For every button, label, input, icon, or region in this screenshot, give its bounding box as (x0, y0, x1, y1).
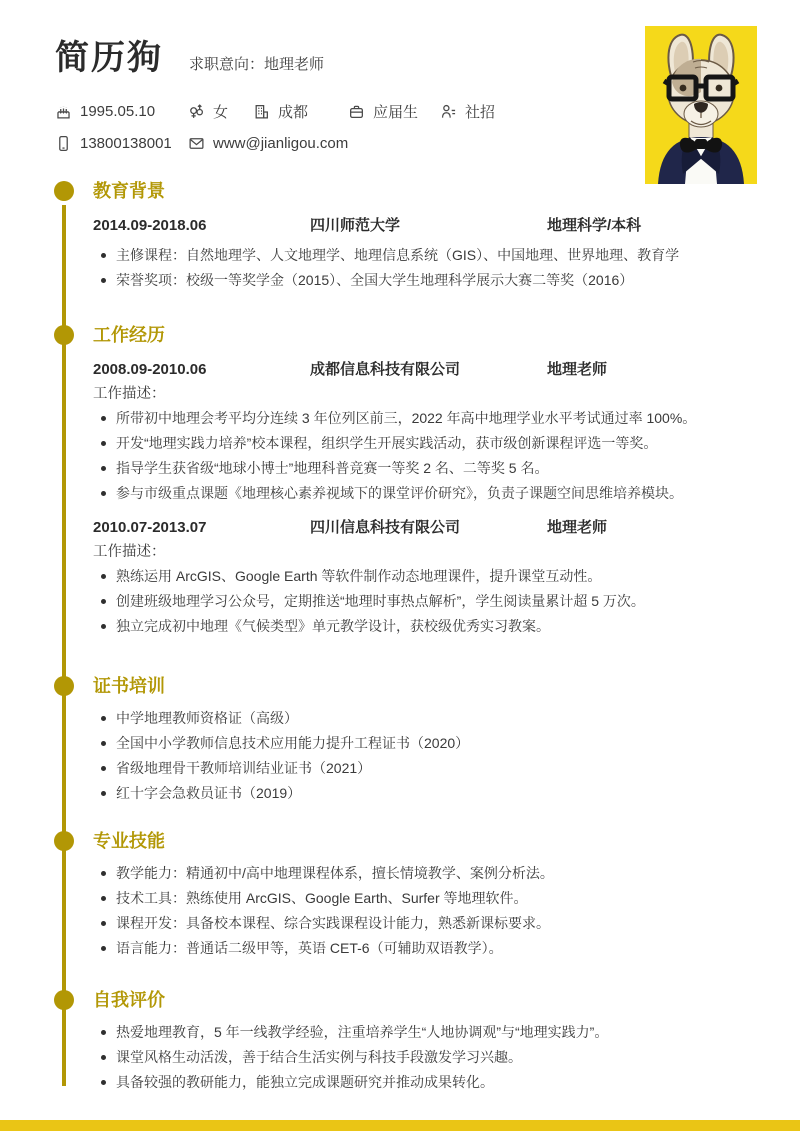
work-entry-2: 2010.07-2013.07 四川信息科技有限公司 地理老师 工作描述： 熟练… (93, 517, 755, 639)
bullet-dot (101, 416, 106, 421)
bullet-text: 技术工具：熟练使用 ArcGIS、Google Earth、Surfer 等地理… (116, 886, 528, 911)
bullet-dot (101, 1030, 106, 1035)
recruit-type-item: 社招 (440, 101, 495, 122)
bullet-dot (101, 896, 106, 901)
work-entry-1: 2008.09-2010.06 成都信息科技有限公司 地理老师 工作描述： 所带… (93, 359, 755, 506)
resume-page: 简历狗 求职意向：地理老师 1995.05.10 (0, 0, 800, 1131)
timeline-dot (54, 831, 74, 851)
list-item: 教学能力：精通初中/高中地理课程体系，擅长情境教学、案例分析法。 (93, 861, 755, 886)
bullet-text: 创建班级地理学习公众号，定期推送“地理时事热点解析”，学生阅读量累计超 5 万次… (116, 589, 645, 614)
work-entry-header: 2010.07-2013.07 四川信息科技有限公司 地理老师 (93, 517, 755, 539)
bullet-dot (101, 624, 106, 629)
bullet-text: 主修课程：自然地理学、人文地理学、地理信息系统（GIS）、中国地理、世界地理、教… (116, 243, 679, 268)
education-entry-header: 2014.09-2018.06 四川师范大学 地理科学/本科 (93, 215, 755, 237)
bullet-dot (101, 1080, 106, 1085)
list-item: 红十字会急救员证书（2019） (93, 781, 755, 806)
section-self-evaluation: 自我评价 热爱地理教育，5 年一线教学经验，注重培养学生“人地协调观”与“地理实… (0, 989, 800, 1095)
gender-value: 女 (213, 101, 228, 122)
bullet-text: 热爱地理教育，5 年一线教学经验，注重培养学生“人地协调观”与“地理实践力”。 (116, 1020, 608, 1045)
gender-item: 女 (188, 101, 253, 122)
bullet-dot (101, 921, 106, 926)
self-eval-bullets: 热爱地理教育，5 年一线教学经验，注重培养学生“人地协调观”与“地理实践力”。 … (93, 1020, 755, 1095)
bullet-dot (101, 599, 106, 604)
bottom-accent-bar (0, 1120, 800, 1131)
bullet-dot (101, 871, 106, 876)
bullet-text: 语言能力：普通话二级甲等，英语 CET-6（可辅助双语教学）。 (116, 936, 503, 961)
bullet-dot (101, 946, 106, 951)
section-certificates: 证书培训 中学地理教师资格证（高级） 全国中小学教师信息技术应用能力提升工程证书… (0, 675, 800, 806)
bullet-text: 参与市级重点课题《地理核心素养视域下的课堂评价研究》，负责子课题空间思维培养模块… (116, 481, 683, 506)
list-item: 课堂风格生动活泼，善于结合生活实例与科技手段激发学习兴趣。 (93, 1045, 755, 1070)
bullet-text: 具备较强的教研能力，能独立完成课题研究并推动成果转化。 (116, 1070, 494, 1095)
bullet-text: 课堂风格生动活泼，善于结合生活实例与科技手段激发学习兴趣。 (116, 1045, 522, 1070)
bullet-dot (101, 716, 106, 721)
person-icon (440, 103, 457, 120)
bullet-text: 教学能力：精通初中/高中地理课程体系，擅长情境教学、案例分析法。 (116, 861, 554, 886)
section-work: 工作经历 2008.09-2010.06 成都信息科技有限公司 地理老师 工作描… (0, 324, 800, 639)
job-intention: 求职意向：地理老师 (189, 53, 324, 74)
bullet-text: 全国中小学教师信息技术应用能力提升工程证书（2020） (116, 731, 469, 756)
building-icon (253, 103, 270, 120)
bullet-dot (101, 766, 106, 771)
timeline-dot (54, 325, 74, 345)
bullet-text: 开发“地理实践力培养”校本课程，组织学生开展实践活动，获市级创新课程评选一等奖。 (116, 431, 657, 456)
bullet-dot (101, 791, 106, 796)
section-title: 专业技能 (93, 830, 755, 852)
list-item: 创建班级地理学习公众号，定期推送“地理时事热点解析”，学生阅读量累计超 5 万次… (93, 589, 755, 614)
city-item: 成都 (253, 101, 348, 122)
email-value: www@jianligou.com (213, 135, 348, 152)
certificate-bullets: 中学地理教师资格证（高级） 全国中小学教师信息技术应用能力提升工程证书（2020… (93, 706, 755, 806)
bullet-dot (101, 466, 106, 471)
bulldog-portrait-icon (645, 26, 757, 184)
work-role: 地理老师 (547, 359, 755, 381)
gender-icon (188, 103, 205, 120)
list-item: 热爱地理教育，5 年一线教学经验，注重培养学生“人地协调观”与“地理实践力”。 (93, 1020, 755, 1045)
list-item: 课程开发：具备校本课程、综合实践课程设计能力，熟悉新课标要求。 (93, 911, 755, 936)
list-item: 全国中小学教师信息技术应用能力提升工程证书（2020） (93, 731, 755, 756)
education-period: 2014.09-2018.06 (93, 215, 310, 237)
section-skills: 专业技能 教学能力：精通初中/高中地理课程体系，擅长情境教学、案例分析法。 技术… (0, 830, 800, 961)
bullet-text: 熟练运用 ArcGIS、Google Earth 等软件制作动态地理课件，提升课… (116, 564, 601, 589)
envelope-icon (188, 135, 205, 152)
section-title: 工作经历 (93, 324, 755, 346)
list-item: 技术工具：熟练使用 ArcGIS、Google Earth、Surfer 等地理… (93, 886, 755, 911)
bullet-dot (101, 574, 106, 579)
list-item: 主修课程：自然地理学、人文地理学、地理信息系统（GIS）、中国地理、世界地理、教… (93, 243, 755, 268)
bullet-dot (101, 441, 106, 446)
bullet-text: 红十字会急救员证书（2019） (116, 781, 301, 806)
work-period: 2010.07-2013.07 (93, 517, 310, 539)
bullet-dot (101, 741, 106, 746)
bullet-dot (101, 278, 106, 283)
list-item: 熟练运用 ArcGIS、Google Earth 等软件制作动态地理课件，提升课… (93, 564, 755, 589)
education-bullets: 主修课程：自然地理学、人文地理学、地理信息系统（GIS）、中国地理、世界地理、教… (93, 243, 755, 293)
mobile-icon (55, 135, 72, 152)
birthday-value: 1995.05.10 (80, 103, 155, 120)
bullet-dot (101, 1055, 106, 1060)
education-degree: 地理科学/本科 (547, 215, 755, 237)
list-item: 荣誉奖项：校级一等奖学金（2015）、全国大学生地理科学展示大赛二等奖（2016… (93, 268, 755, 293)
section-title: 自我评价 (93, 989, 755, 1011)
work-bullets: 所带初中地理会考平均分连续 3 年位列区前三，2022 年高中地理学业水平考试通… (93, 406, 755, 506)
section-title: 教育背景 (93, 180, 755, 202)
grad-status-item: 应届生 (348, 101, 440, 122)
bullet-dot (101, 253, 106, 258)
list-item: 指导学生获省级“地球小博士”地理科普竞赛一等奖 2 名、二等奖 5 名。 (93, 456, 755, 481)
cake-icon (55, 103, 72, 120)
skill-bullets: 教学能力：精通初中/高中地理课程体系，擅长情境教学、案例分析法。 技术工具：熟练… (93, 861, 755, 961)
birthday-item: 1995.05.10 (55, 103, 188, 120)
timeline-dot (54, 181, 74, 201)
bullet-dot (101, 491, 106, 496)
phone-item: 13800138001 (55, 135, 188, 152)
city-value: 成都 (278, 101, 308, 122)
resume-header: 简历狗 求职意向：地理老师 1995.05.10 (0, 0, 800, 152)
recruit-type-value: 社招 (465, 101, 495, 122)
phone-value: 13800138001 (80, 135, 172, 152)
briefcase-icon (348, 103, 365, 120)
list-item: 语言能力：普通话二级甲等，英语 CET-6（可辅助双语教学）。 (93, 936, 755, 961)
grad-status-value: 应届生 (373, 101, 418, 122)
bullet-text: 中学地理教师资格证（高级） (116, 706, 298, 731)
list-item: 开发“地理实践力培养”校本课程，组织学生开展实践活动，获市级创新课程评选一等奖。 (93, 431, 755, 456)
list-item: 中学地理教师资格证（高级） (93, 706, 755, 731)
work-role: 地理老师 (547, 517, 755, 539)
list-item: 具备较强的教研能力，能独立完成课题研究并推动成果转化。 (93, 1070, 755, 1095)
work-period: 2008.09-2010.06 (93, 359, 310, 381)
work-desc-label: 工作描述： (93, 382, 755, 406)
timeline-dot (54, 676, 74, 696)
list-item: 参与市级重点课题《地理核心素养视域下的课堂评价研究》，负责子课题空间思维培养模块… (93, 481, 755, 506)
work-company: 成都信息科技有限公司 (310, 359, 547, 381)
education-school: 四川师范大学 (310, 215, 547, 237)
work-entry-header: 2008.09-2010.06 成都信息科技有限公司 地理老师 (93, 359, 755, 381)
bullet-text: 独立完成初中地理《气候类型》单元教学设计，获校级优秀实习教案。 (116, 614, 550, 639)
list-item: 所带初中地理会考平均分连续 3 年位列区前三，2022 年高中地理学业水平考试通… (93, 406, 755, 431)
bullet-text: 所带初中地理会考平均分连续 3 年位列区前三，2022 年高中地理学业水平考试通… (116, 406, 696, 431)
list-item: 省级地理骨干教师培训结业证书（2021） (93, 756, 755, 781)
work-desc-label: 工作描述： (93, 540, 755, 564)
email-item: www@jianligou.com (188, 135, 348, 152)
bullet-text: 指导学生获省级“地球小博士”地理科普竞赛一等奖 2 名、二等奖 5 名。 (116, 456, 548, 481)
list-item: 独立完成初中地理《气候类型》单元教学设计，获校级优秀实习教案。 (93, 614, 755, 639)
bullet-text: 荣誉奖项：校级一等奖学金（2015）、全国大学生地理科学展示大赛二等奖（2016… (116, 268, 633, 293)
section-education: 教育背景 2014.09-2018.06 四川师范大学 地理科学/本科 主修课程… (0, 180, 800, 293)
bullet-text: 省级地理骨干教师培训结业证书（2021） (116, 756, 371, 781)
timeline-dot (54, 990, 74, 1010)
work-bullets: 熟练运用 ArcGIS、Google Earth 等软件制作动态地理课件，提升课… (93, 564, 755, 639)
section-title: 证书培训 (93, 675, 755, 697)
bullet-text: 课程开发：具备校本课程、综合实践课程设计能力，熟悉新课标要求。 (116, 911, 550, 936)
avatar (645, 26, 757, 184)
work-company: 四川信息科技有限公司 (310, 517, 547, 539)
candidate-name: 简历狗 (55, 40, 163, 77)
